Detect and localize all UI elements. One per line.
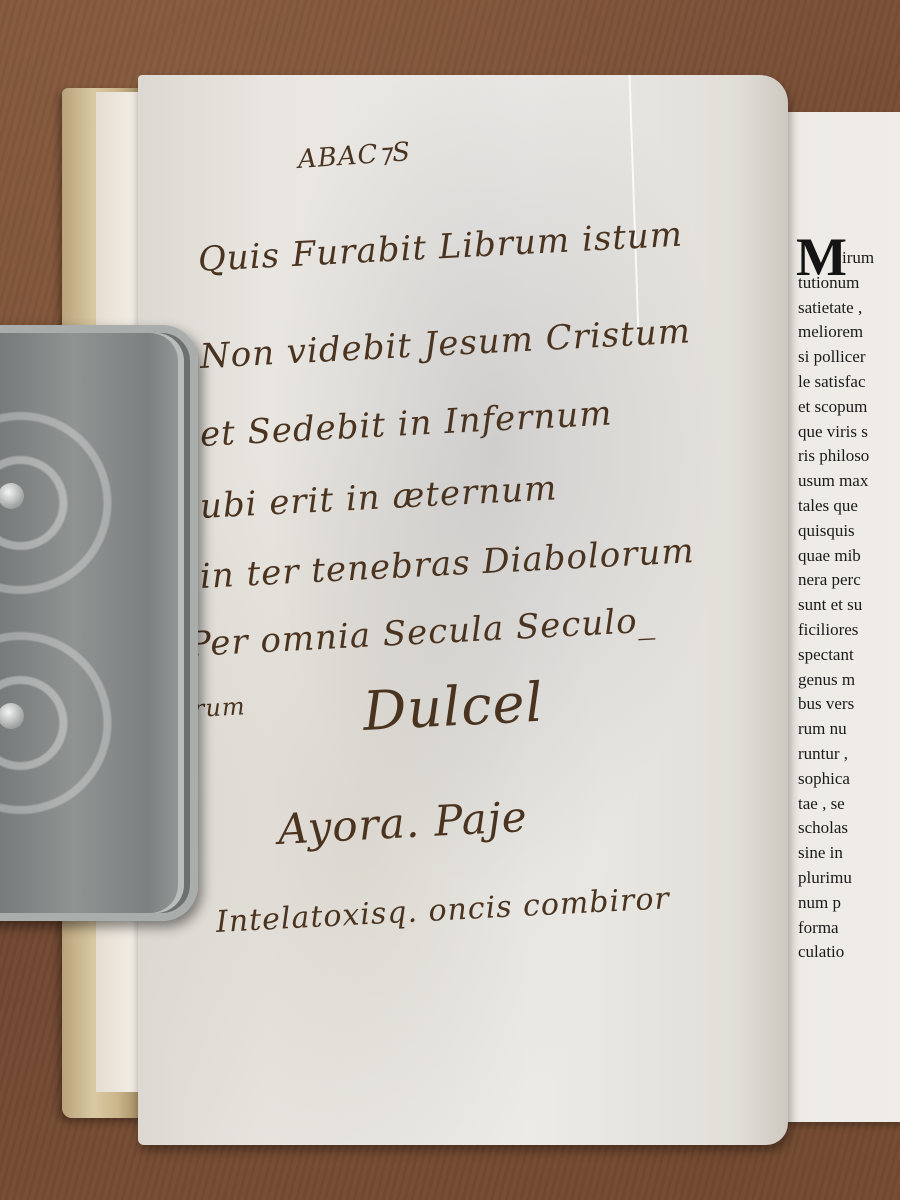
clasp-scroll-knob [0, 483, 24, 509]
printed-line: quae mib [798, 544, 874, 569]
printed-text-block: irumtutionumsatietate ,melioremsi pollic… [798, 230, 874, 965]
printed-line: num p [798, 891, 874, 916]
signature-name: Dulcel [361, 671, 545, 743]
curse-line-3: et Sedebit in Infernum [199, 393, 613, 455]
ornamental-scroll-clasp-icon [0, 325, 198, 921]
printed-line: plurimu [798, 866, 874, 891]
signature-place: Ayora. Paje [277, 792, 529, 854]
handwritten-flyleaf: ABAC⁊S Quis Furabit Librum istum Non vid… [138, 75, 788, 1145]
printed-line: sunt et su [798, 593, 874, 618]
printed-line: nera perc [798, 568, 874, 593]
printed-line: irum [798, 246, 874, 271]
printed-line: forma [798, 916, 874, 941]
printed-line: ris philoso [798, 444, 874, 469]
printed-line: sine in [798, 841, 874, 866]
printed-line: rum nu [798, 717, 874, 742]
printed-line: satietate , [798, 296, 874, 321]
printed-line: bus vers [798, 692, 874, 717]
signature-note: Intelatoxisq. oncis combiror [215, 881, 671, 940]
printed-line: tutionum [798, 271, 874, 296]
printed-line: scholas [798, 816, 874, 841]
curse-line-4: ubi erit in æternum [199, 468, 558, 527]
printed-line: et scopum [798, 395, 874, 420]
inscription-heading: ABAC⁊S [297, 137, 412, 175]
curse-line-6: Per omnia Secula Seculo_ [187, 601, 657, 665]
printed-line: usum max [798, 469, 874, 494]
curse-line-5: in ter tenebras Diabolorum [199, 531, 696, 597]
printed-line: sophica [798, 767, 874, 792]
printed-line: meliorem [798, 320, 874, 345]
curse-line-1: Quis Furabit Librum istum [197, 215, 684, 280]
printed-line: tae , se [798, 792, 874, 817]
printed-line: spectant [798, 643, 874, 668]
printed-page: M irumtutionumsatietate ,melioremsi poll… [770, 112, 900, 1122]
printed-line: quisquis [798, 519, 874, 544]
printed-line: que viris s [798, 420, 874, 445]
printed-line: culatio [798, 940, 874, 965]
clasp-scroll-knob [0, 703, 24, 729]
printed-line: runtur , [798, 742, 874, 767]
printed-line: le satisfac [798, 370, 874, 395]
printed-line: tales que [798, 494, 874, 519]
printed-line: genus m [798, 668, 874, 693]
printed-line: si pollicer [798, 345, 874, 370]
curse-line-7: rum [192, 692, 246, 723]
printed-line: ficiliores [798, 618, 874, 643]
handwritten-inscription: ABAC⁊S Quis Furabit Librum istum Non vid… [138, 75, 788, 1145]
curse-line-2: Non videbit Jesum Cristum [199, 311, 692, 377]
